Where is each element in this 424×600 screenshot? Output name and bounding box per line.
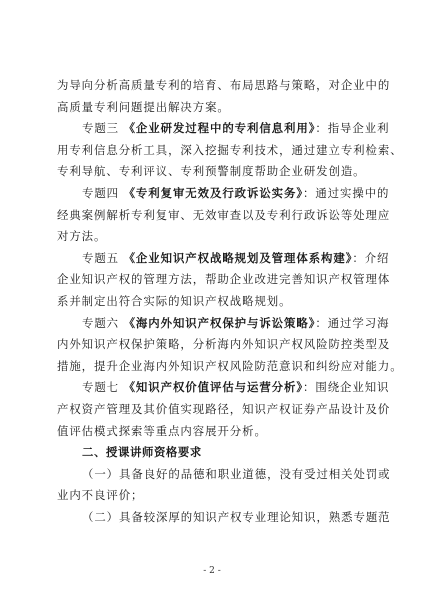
topic-desc: ：围绕企业知识 — [303, 380, 389, 394]
topic-label: 专题六 — [82, 316, 124, 330]
topic-label: 专题三 — [82, 121, 124, 135]
paragraph-line: 专利导航、专利评议、专利预警制度帮助企业研发创造。 — [57, 161, 368, 183]
topic-5-line: 专题五 《企业知识产权战略规划及管理体系构建》：介绍 — [57, 248, 368, 270]
requirement-1-line: （一）具备良好的品德和职业道德，没有受过相关处罚或 — [57, 464, 368, 486]
paragraph-line: 企业知识产权的管理方法，帮助企业改进完善知识产权管理体 — [57, 269, 368, 291]
topic-desc: ：通过实操中的 — [303, 186, 389, 200]
topic-title: 《知识产权价值评估与运营分析》 — [124, 380, 303, 394]
topic-title: 《专利复审无效及行政诉讼实务》 — [124, 186, 303, 200]
topic-7-line: 专题七 《知识产权价值评估与运营分析》：围绕企业知识 — [57, 377, 368, 399]
paragraph-line: 经典案例解析专利复审、无效审查以及专利行政诉讼等处理应 — [57, 205, 368, 227]
section-heading: 二、授课讲师资格要求 — [57, 442, 368, 464]
topic-6-line: 专题六 《海内外知识产权保护与诉讼策略》：通过学习海 — [57, 313, 368, 335]
topic-3-line: 专题三 《企业研发过程中的专利信息利用》：指导企业利 — [57, 118, 368, 140]
topic-title: 《海内外知识产权保护与诉讼策略》 — [124, 316, 316, 330]
page-number: - 2 - — [0, 566, 424, 576]
topic-title: 《企业知识产权战略规划及管理体系构建》 — [124, 251, 353, 265]
paragraph-line: 措施，提升企业海内外知识产权风险防范意识和纠纷应对能力。 — [57, 356, 368, 378]
requirement-2-line: （二）具备较深厚的知识产权专业理论知识，熟悉专题范 — [57, 507, 368, 529]
paragraph-line: 为导向分析高质量专利的培育、布局思路与策略，对企业中的 — [57, 75, 368, 97]
paragraph-line: 用专利信息分析工具，深入挖掘专利技术，通过建立专利检索、 — [57, 140, 368, 162]
body-text: 为导向分析高质量专利的培育、布局思路与策略，对企业中的 高质量专利问题提出解决方… — [57, 75, 368, 528]
topic-label: 专题四 — [82, 186, 124, 200]
paragraph-line: 值评估模式探索等重点内容展开分析。 — [57, 421, 368, 443]
topic-desc: ：指导企业利 — [315, 121, 389, 135]
topic-label: 专题五 — [82, 251, 124, 265]
paragraph-line: 高质量专利问题提出解决方案。 — [57, 97, 368, 119]
topic-4-line: 专题四 《专利复审无效及行政诉讼实务》：通过实操中的 — [57, 183, 368, 205]
topic-label: 专题七 — [82, 380, 124, 394]
document-page: 为导向分析高质量专利的培育、布局思路与策略，对企业中的 高质量专利问题提出解决方… — [0, 0, 424, 600]
topic-desc: ：通过学习海 — [315, 316, 389, 330]
paragraph-line: 内外知识产权保护策略，分析海内外知识产权风险防控类型及 — [57, 334, 368, 356]
topic-title: 《企业研发过程中的专利信息利用》 — [124, 121, 316, 135]
paragraph-line: 对方法。 — [57, 226, 368, 248]
paragraph-line: 系并制定出符合实际的知识产权战略规划。 — [57, 291, 368, 313]
topic-desc: ：介绍 — [352, 251, 389, 265]
paragraph-line: 业内不良评价； — [57, 485, 368, 507]
paragraph-line: 产权资产管理及其价值实现路径，知识产权证券产品设计及价 — [57, 399, 368, 421]
